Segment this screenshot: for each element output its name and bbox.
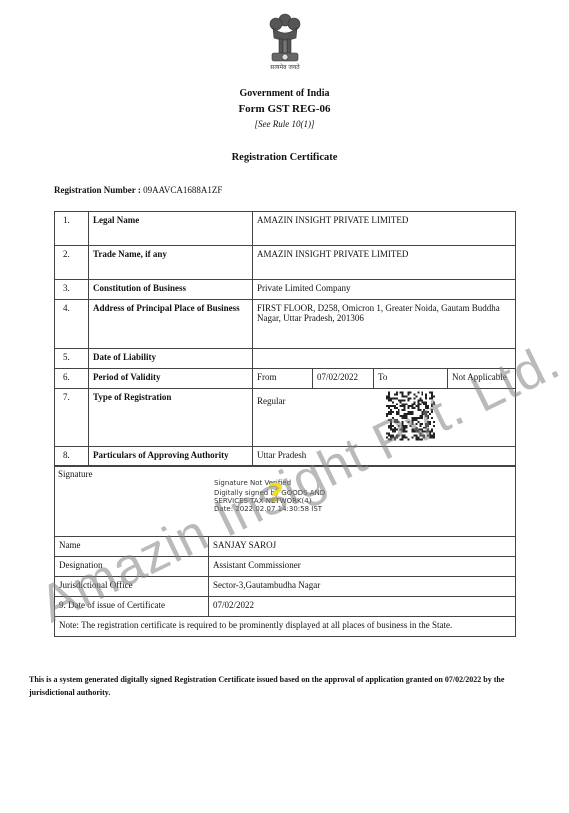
- details-table: 1. Legal Name AMAZIN INSIGHT PRIVATE LIM…: [54, 211, 516, 467]
- row-label: Period of Validity: [89, 369, 253, 389]
- validity-from-value: 07/02/2022: [313, 369, 374, 389]
- qr-code-icon: [386, 391, 435, 441]
- table-row: 2. Trade Name, if any AMAZIN INSIGHT PRI…: [55, 246, 516, 280]
- registration-number: Registration Number : 09AAVCA1688A1ZF: [54, 185, 222, 195]
- validity-from-label: From: [253, 369, 313, 389]
- row-number: 5.: [55, 349, 89, 369]
- issue-date-value: 07/02/2022: [209, 597, 516, 617]
- table-row: Designation Assistant Commissioner: [55, 557, 516, 577]
- issue-date-label: 9. Date of issue of Certificate: [55, 597, 209, 617]
- table-row: 9. Date of issue of Certificate 07/02/20…: [55, 597, 516, 617]
- name-value: SANJAY SAROJ: [209, 537, 516, 557]
- table-row: 8. Particulars of Approving Authority Ut…: [55, 447, 516, 467]
- table-row: 7. Type of Registration Regular: [55, 389, 516, 447]
- row-label: Particulars of Approving Authority: [89, 447, 253, 467]
- table-row: 4. Address of Principal Place of Busines…: [55, 300, 516, 349]
- table-row: 5. Date of Liability: [55, 349, 516, 369]
- table-row: 3. Constitution of Business Private Limi…: [55, 280, 516, 300]
- row-number: 6.: [55, 369, 89, 389]
- rule-reference: [See Rule 10(1)]: [0, 119, 569, 129]
- row-number: 1.: [55, 212, 89, 246]
- row-number: 7.: [55, 389, 89, 447]
- row-label: Legal Name: [89, 212, 253, 246]
- note-row: Note: The registration certificate is re…: [55, 617, 516, 637]
- row-label: Type of Registration: [89, 389, 253, 447]
- address-value: FIRST FLOOR, D258, Omicron 1, Greater No…: [253, 300, 516, 349]
- table-row: Jurisdictional Office Sector-3,Gautambud…: [55, 577, 516, 597]
- name-label: Name: [55, 537, 209, 557]
- row-number: 2.: [55, 246, 89, 280]
- registration-type-value: Regular: [253, 389, 516, 447]
- validity-to-label: To: [374, 369, 448, 389]
- signature-label: Signature: [58, 469, 93, 479]
- table-row: 1. Legal Name AMAZIN INSIGHT PRIVATE LIM…: [55, 212, 516, 246]
- table-row: Name SANJAY SAROJ: [55, 537, 516, 557]
- legal-name-value: AMAZIN INSIGHT PRIVATE LIMITED: [253, 212, 516, 246]
- row-number: 8.: [55, 447, 89, 467]
- question-mark-icon: ?: [268, 481, 283, 507]
- note-text: Note: The registration certificate is re…: [55, 617, 516, 637]
- row-number: 3.: [55, 280, 89, 300]
- registration-number-label: Registration Number :: [54, 185, 141, 195]
- trade-name-value: AMAZIN INSIGHT PRIVATE LIMITED: [253, 246, 516, 280]
- validity-to-value: Not Applicable: [448, 369, 516, 389]
- signature-area: Signature Signature Not Verified Digital…: [58, 469, 512, 533]
- date-of-liability-value: [253, 349, 516, 369]
- row-label: Trade Name, if any: [89, 246, 253, 280]
- designation-label: Designation: [55, 557, 209, 577]
- footer-disclaimer: This is a system generated digitally sig…: [29, 673, 544, 699]
- authority-table: Signature Signature Not Verified Digital…: [54, 465, 516, 637]
- row-number: 4.: [55, 300, 89, 349]
- jurisdictional-office-label: Jurisdictional Office: [55, 577, 209, 597]
- government-heading: Government of India: [0, 88, 569, 99]
- row-label: Constitution of Business: [89, 280, 253, 300]
- table-row: 6. Period of Validity From 07/02/2022 To…: [55, 369, 516, 389]
- jurisdictional-office-value: Sector-3,Gautambudha Nagar: [209, 577, 516, 597]
- registration-number-value: 09AAVCA1688A1ZF: [143, 185, 222, 195]
- form-heading: Form GST REG-06: [0, 103, 569, 115]
- approving-authority-value: Uttar Pradesh: [253, 447, 516, 467]
- designation-value: Assistant Commissioner: [209, 557, 516, 577]
- row-label: Address of Principal Place of Business: [89, 300, 253, 349]
- row-label: Date of Liability: [89, 349, 253, 369]
- emblem-motto: सत्यमेव जयते: [255, 63, 315, 71]
- page-title: Registration Certificate: [0, 152, 569, 163]
- constitution-value: Private Limited Company: [253, 280, 516, 300]
- signature-row: Signature Signature Not Verified Digital…: [55, 466, 516, 537]
